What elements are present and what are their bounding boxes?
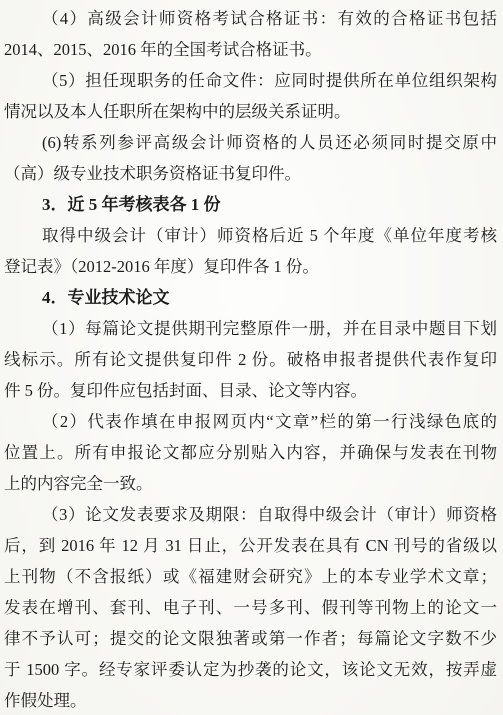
doc-section-heading: 3．近 5 年考核表各 1 份: [4, 189, 497, 220]
document-page: （4）高级会计师资格考试合格证书：有效的合格证书包括 2014、2015、201…: [0, 0, 503, 715]
doc-line: 上的内容完全一致。: [4, 468, 497, 499]
doc-line: 线标示。所有论文提供复印件 2 份。破格申报者提供代表作复印: [4, 344, 497, 375]
doc-line: (6)转系列参评高级会计师资格的人员还必须同时提交原中: [4, 127, 497, 158]
doc-line: 件 5 份。复印件应包括封面、目录、论文等内容。: [4, 375, 497, 406]
doc-line: 登记表》（2012-2016 年度）复印件各 1 份。: [4, 251, 497, 282]
doc-line: 作假处理。: [4, 685, 497, 715]
doc-line: （1）每篇论文提供期刊完整原件一册，并在目录中题目下划: [4, 313, 497, 344]
doc-line: 后，到 2016 年 12 月 31 日止，公开发表在具有 CN 刊号的省级以: [4, 530, 497, 561]
doc-line: 发表在增刊、套刊、电子刊、一号多刊、假刊等刊物上的论文一: [4, 592, 497, 623]
doc-line: （高）级专业技术职务资格证书复印件。: [4, 158, 497, 189]
doc-line: （3）论文发表要求及期限：自取得中级会计（审计）师资格: [4, 499, 497, 530]
doc-line: 2014、2015、2016 年的全国考试合格证书。: [4, 34, 497, 65]
doc-line: 于 1500 字。经专家评委认定为抄袭的论文，该论文无效，按弄虚: [4, 654, 497, 685]
doc-section-heading: 4．专业技术论文: [4, 282, 497, 313]
doc-line: 位置上。所有申报论文都应分别贴入内容，并确保与发表在刊物: [4, 437, 497, 468]
doc-line: 上刊物（不含报纸）或《福建财会研究》上的本专业学术文章；: [4, 561, 497, 592]
doc-line: 情况以及本人任职所在架构中的层级关系证明。: [4, 96, 497, 127]
doc-line: （5）担任现职务的任命文件：应同时提供所在单位组织架构: [4, 65, 497, 96]
doc-line: （2）代表作填在申报网页内“文章”栏的第一行浅绿色底的: [4, 406, 497, 437]
doc-line: （4）高级会计师资格考试合格证书：有效的合格证书包括: [4, 3, 497, 34]
doc-line: 取得中级会计（审计）师资格后近 5 个年度《单位年度考核: [4, 220, 497, 251]
doc-line: 律不予认可；提交的论文限独著或第一作者；每篇论文字数不少: [4, 623, 497, 654]
